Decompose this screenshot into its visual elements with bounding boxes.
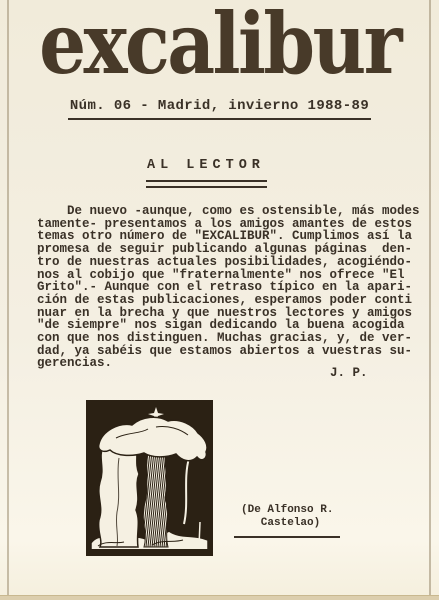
article-signature: J. P. bbox=[330, 367, 368, 380]
dolmen-woodcut-svg bbox=[86, 400, 213, 556]
article-body: De nuevo -aunque, como es ostensible, má… bbox=[37, 205, 420, 370]
frame-bottom bbox=[86, 549, 213, 556]
magazine-title: excalibur bbox=[26, 2, 412, 86]
hatched-pillar bbox=[143, 450, 168, 547]
section-heading: AL LECTOR bbox=[147, 159, 265, 173]
scan-edge-left bbox=[7, 0, 9, 600]
scan-edge-right bbox=[429, 0, 431, 600]
credit-underline bbox=[234, 536, 340, 538]
issue-line: Núm. 06 - Madrid, invierno 1988-89 bbox=[0, 96, 439, 120]
issue-line-text: Núm. 06 - Madrid, invierno 1988-89 bbox=[68, 98, 371, 120]
right-stone-sliver bbox=[199, 522, 200, 546]
dolmen-illustration bbox=[86, 400, 213, 556]
illustration-credit: (De Alfonso R. Castelao) bbox=[241, 504, 333, 529]
magazine-page: excalibur Núm. 06 - Madrid, invierno 198… bbox=[0, 0, 439, 600]
heading-double-rule bbox=[146, 180, 267, 188]
scan-edge-bottom bbox=[0, 595, 439, 600]
